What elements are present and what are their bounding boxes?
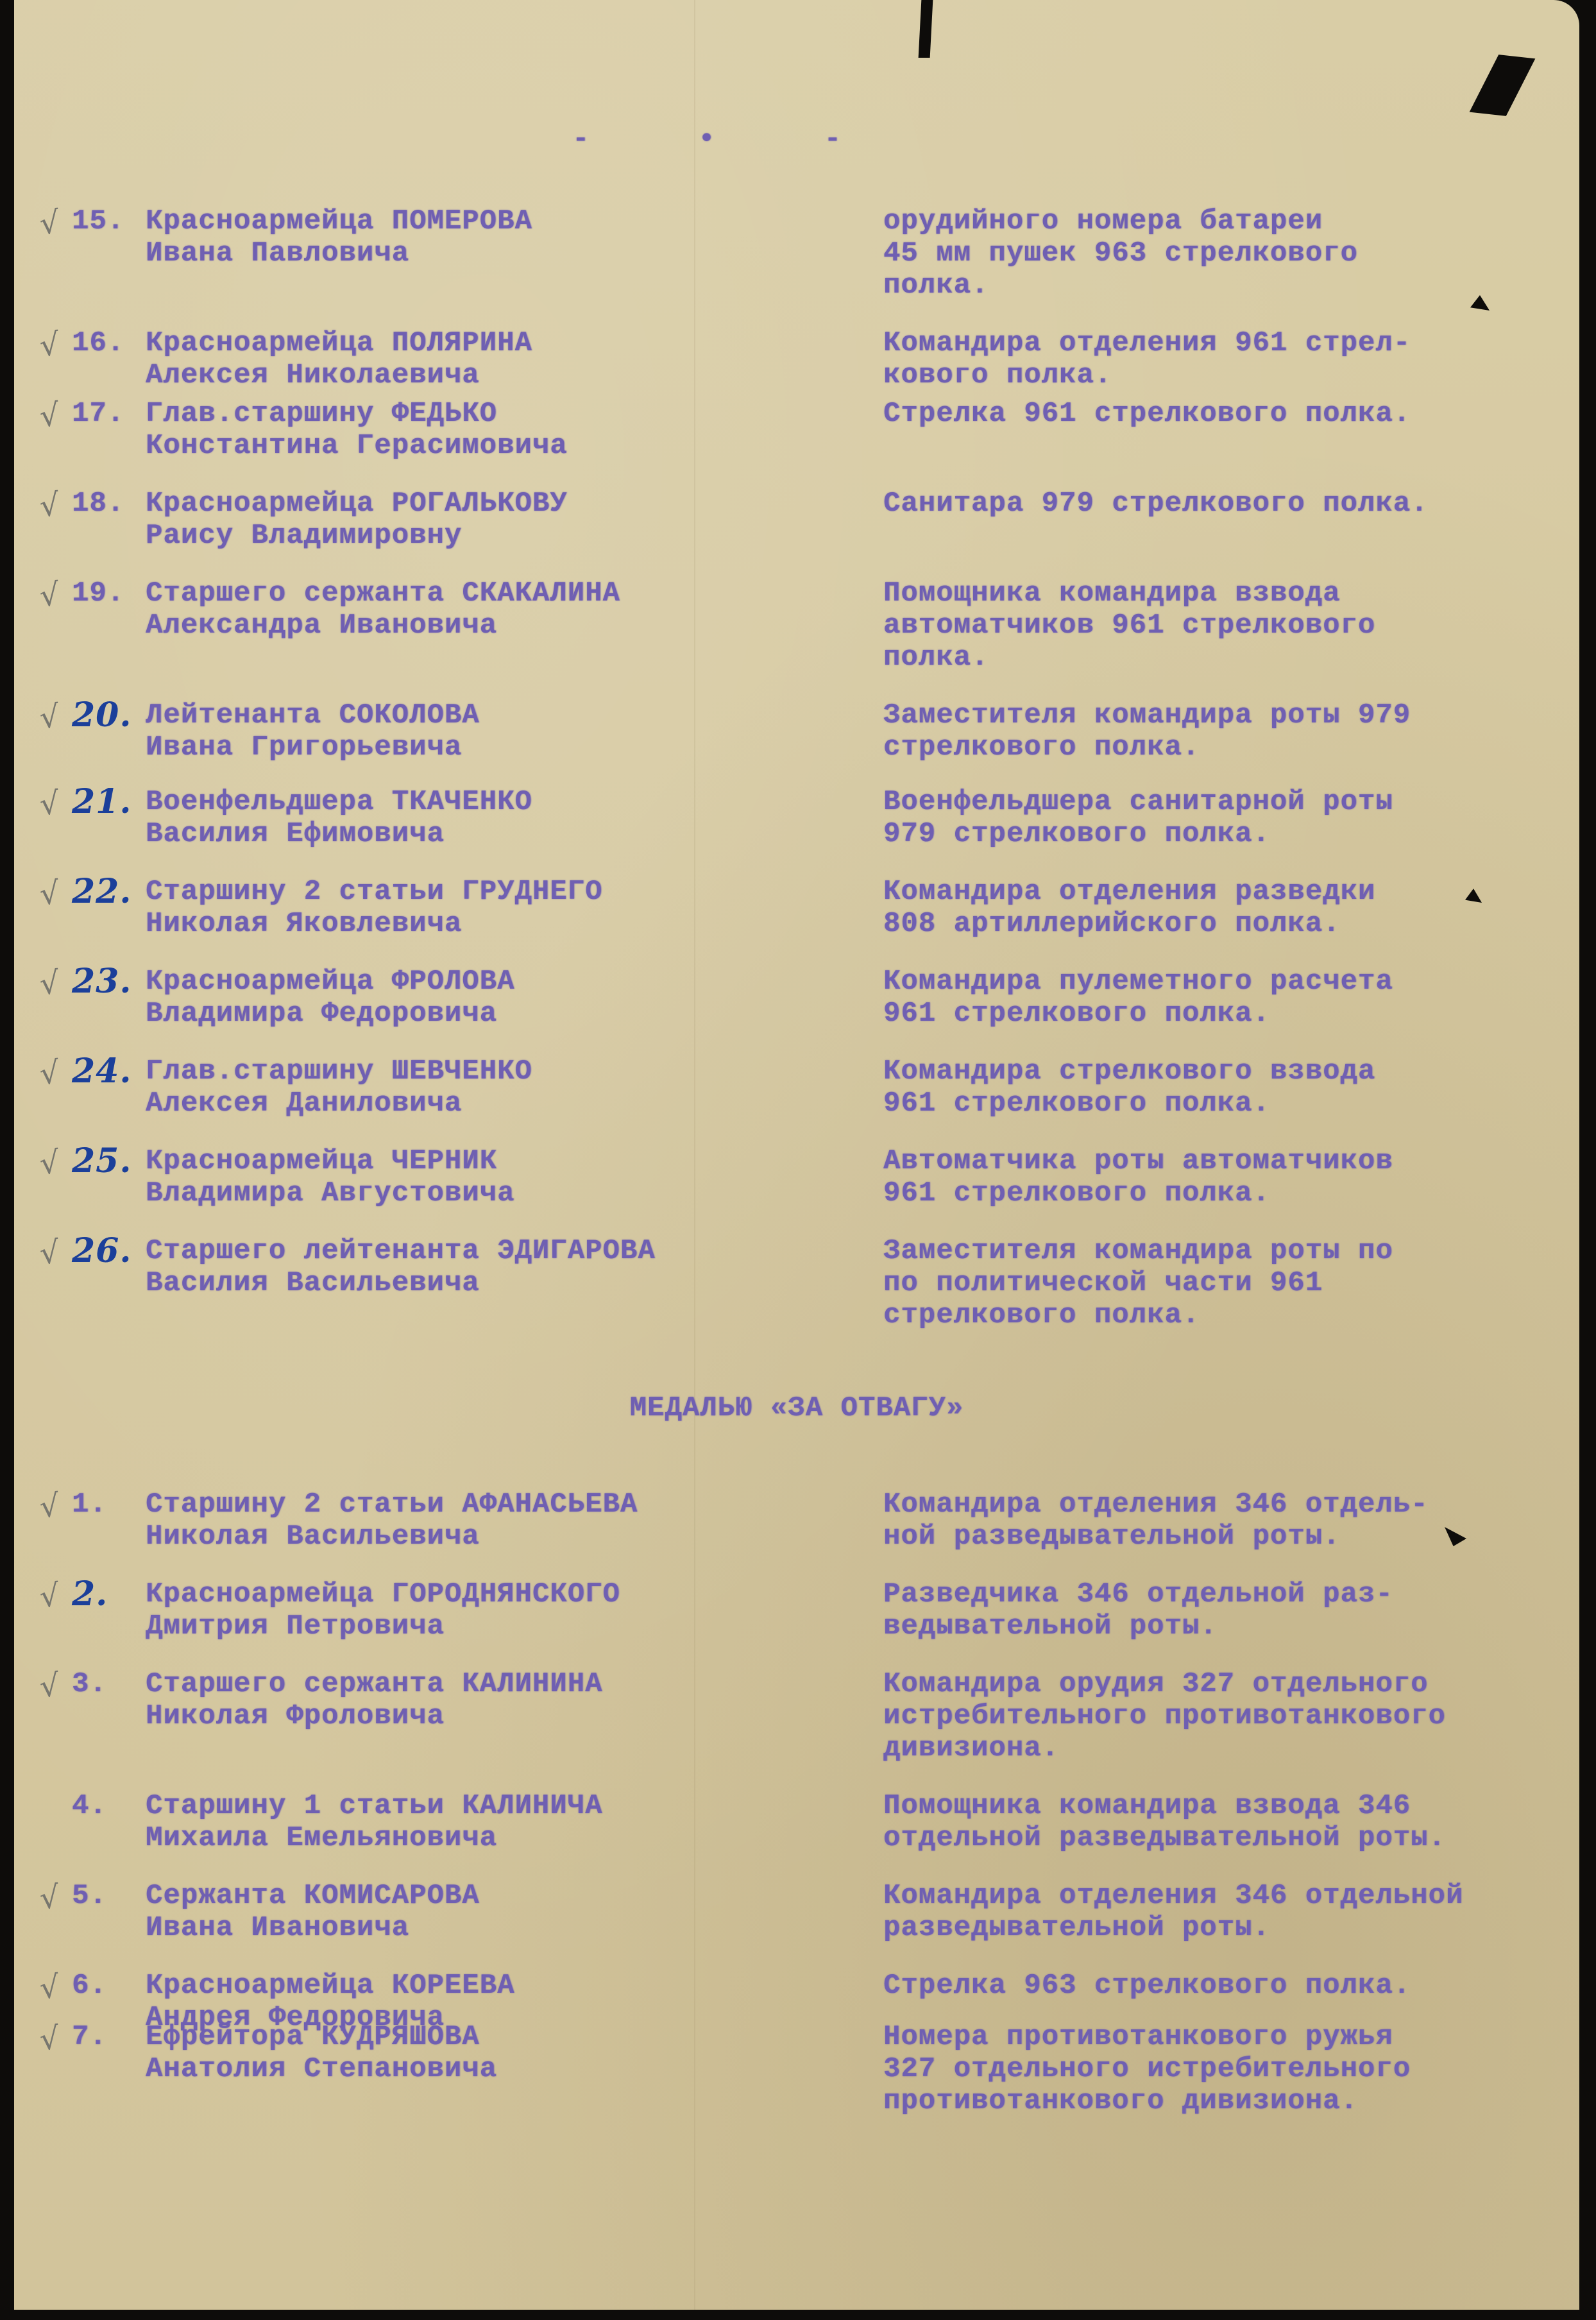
recipient-name: Старшего лейтенанта ЭДИГАРОВАВасилия Вас… bbox=[146, 1235, 813, 1299]
name-line: Красноармейца ЧЕРНИК bbox=[146, 1145, 813, 1177]
checkmark-icon: √ bbox=[38, 699, 61, 737]
name-line: Красноармейца ГОРОДНЯНСКОГО bbox=[146, 1578, 813, 1610]
entry-number: 1. bbox=[72, 1488, 142, 1521]
role-line: Разведчика 346 отдельной раз- bbox=[883, 1578, 1531, 1610]
entry-number: 2. bbox=[72, 1578, 142, 1610]
recipient-role: Командира отделения 346 отдельнойразведы… bbox=[883, 1880, 1531, 1944]
recipient-role: Автоматчика роты автоматчиков961 стрелко… bbox=[883, 1145, 1531, 1209]
section-title: МЕДАЛЬЮ «ЗА ОТВАГУ» bbox=[14, 1392, 1579, 1424]
role-line: Автоматчика роты автоматчиков bbox=[883, 1145, 1531, 1177]
name-line: Николая Яковлевича bbox=[146, 908, 813, 940]
role-line: отдельной разведывательной роты. bbox=[883, 1822, 1531, 1854]
name-line: Красноармейца РОГАЛЬКОВУ bbox=[146, 488, 813, 520]
recipient-role: Командира отделения разведки808 артиллер… bbox=[883, 876, 1531, 940]
checkmark-icon: √ bbox=[38, 487, 61, 525]
role-line: стрелкового полка. bbox=[883, 731, 1531, 763]
name-line: Старшину 2 статьи ГРУДНЕГО bbox=[146, 876, 813, 908]
role-line: Помощника командира взвода bbox=[883, 577, 1531, 610]
role-line: Командира отделения разведки bbox=[883, 876, 1531, 908]
name-line: Старшего сержанта КАЛИНИНА bbox=[146, 1668, 813, 1700]
name-line: Александра Ивановича bbox=[146, 610, 813, 642]
role-line: Стрелка 963 стрелкового полка. bbox=[883, 1970, 1531, 2002]
entry-number: 15. bbox=[72, 205, 142, 237]
checkmark-icon: √ bbox=[38, 965, 61, 1003]
role-line: 327 отдельного истребительного bbox=[883, 2053, 1531, 2085]
entry-number: 24. bbox=[72, 1055, 142, 1087]
name-line: Старшего лейтенанта ЭДИГАРОВА bbox=[146, 1235, 813, 1267]
name-line: Ефрейтора КУДРЯШОВА bbox=[146, 2021, 813, 2053]
checkmark-icon: √ bbox=[38, 1488, 61, 1526]
name-line: Старшину 2 статьи АФАНАСЬЕВА bbox=[146, 1488, 813, 1521]
recipient-role: Командира стрелкового взвода961 стрелков… bbox=[883, 1055, 1531, 1120]
role-line: стрелкового полка. bbox=[883, 1299, 1531, 1331]
entry-number: 7. bbox=[72, 2021, 142, 2053]
role-line: 961 стрелкового полка. bbox=[883, 1177, 1531, 1209]
recipient-role: Заместителя командира роты 979стрелковог… bbox=[883, 699, 1531, 763]
recipient-name: Старшину 2 статьи ГРУДНЕГОНиколая Яковле… bbox=[146, 876, 813, 940]
recipient-name: Военфельдшера ТКАЧЕНКОВасилия Ефимовича bbox=[146, 786, 813, 850]
recipient-name: Красноармейца ПОЛЯРИНААлексея Николаевич… bbox=[146, 327, 813, 391]
checkmark-icon: √ bbox=[38, 2020, 61, 2058]
recipient-role: Командира пулеметного расчета961 стрелко… bbox=[883, 966, 1531, 1030]
recipient-role: Стрелка 961 стрелкового полка. bbox=[883, 398, 1531, 430]
recipient-name: Лейтенанта СОКОЛОВАИвана Григорьевича bbox=[146, 699, 813, 763]
recipient-name: Красноармейца ПОМЕРОВАИвана Павловича bbox=[146, 205, 813, 269]
entry-number: 4. bbox=[72, 1790, 142, 1822]
checkmark-icon: √ bbox=[38, 1667, 61, 1705]
recipient-role: орудийного номера батареи45 мм пушек 963… bbox=[883, 205, 1531, 302]
recipient-role: Командира орудия 327 отдельногоистребите… bbox=[883, 1668, 1531, 1764]
name-line: Василия Васильевича bbox=[146, 1267, 813, 1299]
paper-hole bbox=[1470, 55, 1536, 116]
role-line: 808 артиллерийского полка. bbox=[883, 908, 1531, 940]
name-line: Василия Ефимовича bbox=[146, 818, 813, 850]
role-line: Командира орудия 327 отдельного bbox=[883, 1668, 1531, 1700]
name-line: Николая Васильевича bbox=[146, 1521, 813, 1553]
role-line: дивизиона. bbox=[883, 1732, 1531, 1764]
role-line: Командира стрелкового взвода bbox=[883, 1055, 1531, 1087]
page-header-mark: - • - bbox=[572, 123, 842, 155]
role-line: по политической части 961 bbox=[883, 1267, 1531, 1299]
recipient-role: Стрелка 963 стрелкового полка. bbox=[883, 1970, 1531, 2002]
name-line: Дмитрия Петровича bbox=[146, 1610, 813, 1642]
name-line: Красноармейца ФРОЛОВА bbox=[146, 966, 813, 998]
recipient-role: Разведчика 346 отдельной раз-ведывательн… bbox=[883, 1578, 1531, 1642]
recipient-name: Сержанта КОМИСАРОВАИвана Ивановича bbox=[146, 1880, 813, 1944]
name-line: Николая Фроловича bbox=[146, 1700, 813, 1732]
name-line: Михаила Емельяновича bbox=[146, 1822, 813, 1854]
entry-number: 3. bbox=[72, 1668, 142, 1700]
checkmark-icon: √ bbox=[38, 327, 61, 364]
checkmark-icon: √ bbox=[38, 1879, 61, 1917]
role-line: Заместителя командира роты 979 bbox=[883, 699, 1531, 731]
name-line: Ивана Ивановича bbox=[146, 1912, 813, 1944]
name-line: Военфельдшера ТКАЧЕНКО bbox=[146, 786, 813, 818]
name-line: Владимира Августовича bbox=[146, 1177, 813, 1209]
role-line: 45 мм пушек 963 стрелкового bbox=[883, 237, 1531, 269]
name-line: Константина Герасимовича bbox=[146, 430, 813, 462]
entry-number: 18. bbox=[72, 488, 142, 520]
entry-number: 17. bbox=[72, 398, 142, 430]
recipient-name: Ефрейтора КУДРЯШОВААнатолия Степановича bbox=[146, 2021, 813, 2085]
recipient-name: Старшину 2 статьи АФАНАСЬЕВАНиколая Васи… bbox=[146, 1488, 813, 1553]
checkmark-icon: √ bbox=[38, 1055, 61, 1093]
checkmark-icon: √ bbox=[38, 875, 61, 913]
entry-number: 25. bbox=[72, 1145, 142, 1177]
role-line: Командира пулеметного расчета bbox=[883, 966, 1531, 998]
checkmark-icon: √ bbox=[38, 1145, 61, 1182]
recipient-role: Командира отделения 346 отдель-ной разве… bbox=[883, 1488, 1531, 1553]
role-line: Номера противотанкового ружья bbox=[883, 2021, 1531, 2053]
name-line: Раису Владимировну bbox=[146, 520, 813, 552]
recipient-name: Красноармейца ФРОЛОВАВладимира Федорович… bbox=[146, 966, 813, 1030]
role-line: Заместителя командира роты по bbox=[883, 1235, 1531, 1267]
role-line: Военфельдшера санитарной роты bbox=[883, 786, 1531, 818]
name-line: Владимира Федоровича bbox=[146, 998, 813, 1030]
recipient-name: Красноармейца ГОРОДНЯНСКОГОДмитрия Петро… bbox=[146, 1578, 813, 1642]
role-line: Командира отделения 346 отдельной bbox=[883, 1880, 1531, 1912]
recipient-role: Помощника командира взвода 346отдельной … bbox=[883, 1790, 1531, 1854]
recipient-name: Старшего сержанта СКАКАЛИНААлександра Ив… bbox=[146, 577, 813, 642]
recipient-role: Военфельдшера санитарной роты979 стрелко… bbox=[883, 786, 1531, 850]
checkmark-icon: √ bbox=[38, 205, 61, 243]
role-line: ной разведывательной роты. bbox=[883, 1521, 1531, 1553]
role-line: Стрелка 961 стрелкового полка. bbox=[883, 398, 1531, 430]
role-line: 961 стрелкового полка. bbox=[883, 1087, 1531, 1120]
paper-tear bbox=[919, 0, 933, 58]
name-line: Старшину 1 статьи КАЛИНИЧА bbox=[146, 1790, 813, 1822]
role-line: 961 стрелкового полка. bbox=[883, 998, 1531, 1030]
checkmark-icon: √ bbox=[38, 397, 61, 435]
role-line: разведывательной роты. bbox=[883, 1912, 1531, 1944]
role-line: Помощника командира взвода 346 bbox=[883, 1790, 1531, 1822]
recipient-role: Командира отделения 961 стрел-кового пол… bbox=[883, 327, 1531, 391]
name-line: Алексея Даниловича bbox=[146, 1087, 813, 1120]
recipient-name: Старшего сержанта КАЛИНИНАНиколая Фролов… bbox=[146, 1668, 813, 1732]
entry-number: 19. bbox=[72, 577, 142, 610]
role-line: Командира отделения 961 стрел- bbox=[883, 327, 1531, 359]
role-line: орудийного номера батареи bbox=[883, 205, 1531, 237]
name-line: Анатолия Степановича bbox=[146, 2053, 813, 2085]
checkmark-icon: √ bbox=[38, 1578, 61, 1616]
name-line: Лейтенанта СОКОЛОВА bbox=[146, 699, 813, 731]
document-page: - • - √15.Красноармейца ПОМЕРОВАИвана Па… bbox=[14, 0, 1579, 2310]
name-line: Красноармейца КОРЕЕВА bbox=[146, 1970, 813, 2002]
role-line: истребительного противотанкового bbox=[883, 1700, 1531, 1732]
entry-number: 20. bbox=[72, 699, 142, 731]
role-line: кового полка. bbox=[883, 359, 1531, 391]
name-line: Алексея Николаевича bbox=[146, 359, 813, 391]
recipient-role: Санитара 979 стрелкового полка. bbox=[883, 488, 1531, 520]
entry-number: 6. bbox=[72, 1970, 142, 2002]
role-line: Санитара 979 стрелкового полка. bbox=[883, 488, 1531, 520]
name-line: Глав.старшину ФЕДЬКО bbox=[146, 398, 813, 430]
recipient-name: Старшину 1 статьи КАЛИНИЧАМихаила Емелья… bbox=[146, 1790, 813, 1854]
checkmark-icon: √ bbox=[38, 577, 61, 615]
role-line: полка. bbox=[883, 269, 1531, 302]
name-line: Сержанта КОМИСАРОВА bbox=[146, 1880, 813, 1912]
recipient-role: Помощника командира взводаавтоматчиков 9… bbox=[883, 577, 1531, 674]
role-line: автоматчиков 961 стрелкового bbox=[883, 610, 1531, 642]
name-line: Глав.старшину ШЕВЧЕНКО bbox=[146, 1055, 813, 1087]
recipient-name: Красноармейца РОГАЛЬКОВУРаису Владимиров… bbox=[146, 488, 813, 552]
entry-number: 26. bbox=[72, 1235, 142, 1267]
recipient-name: Красноармейца ЧЕРНИКВладимира Августович… bbox=[146, 1145, 813, 1209]
recipient-name: Глав.старшину ФЕДЬКОКонстантина Герасимо… bbox=[146, 398, 813, 462]
name-line: Красноармейца ПОМЕРОВА bbox=[146, 205, 813, 237]
entry-number: 16. bbox=[72, 327, 142, 359]
recipient-role: Заместителя командира роты попо политиче… bbox=[883, 1235, 1531, 1331]
entry-number: 23. bbox=[72, 966, 142, 998]
checkmark-icon: √ bbox=[38, 1969, 61, 2007]
entry-number: 22. bbox=[72, 876, 142, 908]
recipient-role: Номера противотанкового ружья327 отдельн… bbox=[883, 2021, 1531, 2117]
role-line: противотанкового дивизиона. bbox=[883, 2085, 1531, 2117]
checkmark-icon: √ bbox=[38, 785, 61, 823]
role-line: 979 стрелкового полка. bbox=[883, 818, 1531, 850]
entry-number: 21. bbox=[72, 786, 142, 818]
role-line: полка. bbox=[883, 642, 1531, 674]
entry-number: 5. bbox=[72, 1880, 142, 1912]
name-line: Ивана Григорьевича bbox=[146, 731, 813, 763]
checkmark-icon: √ bbox=[38, 1234, 61, 1272]
role-line: Командира отделения 346 отдель- bbox=[883, 1488, 1531, 1521]
name-line: Ивана Павловича bbox=[146, 237, 813, 269]
name-line: Старшего сержанта СКАКАЛИНА bbox=[146, 577, 813, 610]
name-line: Красноармейца ПОЛЯРИНА bbox=[146, 327, 813, 359]
recipient-name: Глав.старшину ШЕВЧЕНКОАлексея Даниловича bbox=[146, 1055, 813, 1120]
role-line: ведывательной роты. bbox=[883, 1610, 1531, 1642]
